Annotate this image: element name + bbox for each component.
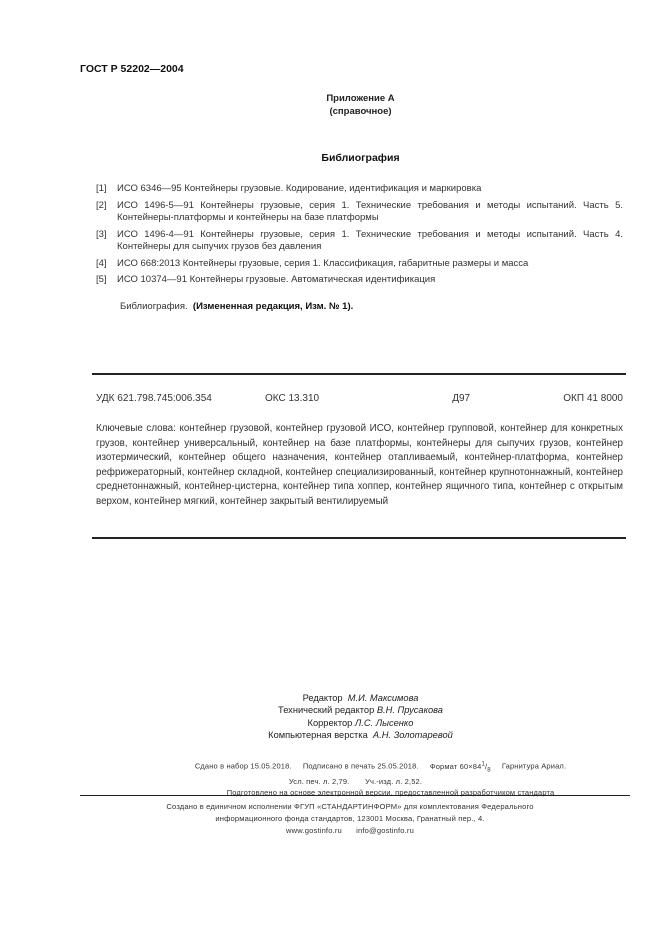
bibliography-item: [3] ИСО 1496-4—91 Контейнеры грузовые, с…: [96, 229, 623, 254]
bibliography-item-number: [5]: [96, 274, 107, 286]
bibliography-item-text: ИСО 1496-5—91 Контейнеры грузовые, серия…: [117, 200, 623, 223]
credit-role: Технический редактор: [278, 705, 374, 715]
amendment-note-bold: (Измененная редакция, Изм. № 1).: [193, 301, 353, 312]
okp-code: ОКП 41 8000: [563, 393, 623, 404]
email-link[interactable]: info@gostinfo.ru: [356, 826, 414, 835]
signed-date: Подписано в печать 25.05.2018.: [303, 762, 419, 771]
bibliography-item-text: ИСО 1496-4—91 Контейнеры грузовые, серия…: [117, 229, 623, 252]
divider-middle: [92, 537, 626, 539]
amendment-note-prefix: Библиография.: [120, 301, 188, 312]
credit-role: Редактор: [303, 693, 343, 703]
bibliography-list: [1] ИСО 6346—95 Контейнеры грузовые. Код…: [96, 183, 623, 291]
publication-line-1: Сдано в набор 15.05.2018. Подписано в пе…: [0, 759, 661, 776]
footer-contacts: www.gostinfo.ru info@gostinfo.ru: [0, 825, 661, 837]
credit-name: Л.С. Лысенко: [355, 718, 414, 728]
credit-name: М.И. Максимова: [348, 693, 419, 703]
typeface: Гарнитура Ариал.: [502, 762, 566, 771]
credit-role: Компьютерная верстка: [268, 730, 368, 740]
bibliography-title: Библиография: [0, 152, 661, 164]
credit-tech-editor: Технический редактор В.Н. Прусакова: [0, 704, 661, 716]
bibliography-item: [5] ИСО 10374—91 Контейнеры грузовые. Ав…: [96, 274, 623, 286]
publication-line-3: Подготовлено на основе электронной верси…: [20, 787, 661, 798]
bibliography-item-text: ИСО 668:2013 Контейнеры грузовые, серия …: [117, 258, 528, 269]
keywords-paragraph: Ключевые слова: контейнер грузовой, конт…: [96, 422, 623, 510]
bibliography-item-number: [1]: [96, 183, 107, 195]
bibliography-item-number: [2]: [96, 200, 107, 212]
footer-line-1: Создано в единичном исполнении ФГУП «СТА…: [0, 801, 661, 813]
bibliography-item-text: ИСО 10374—91 Контейнеры грузовые. Автома…: [117, 274, 435, 285]
credits-block: Редактор М.И. Максимова Технический реда…: [0, 692, 661, 742]
website-link[interactable]: www.gostinfo.ru: [286, 826, 342, 835]
credit-corrector: Корректор Л.С. Лысенко: [0, 717, 661, 729]
publisher-sheets: Уч.-изд. л. 2,52.: [365, 777, 422, 786]
bibliography-item-number: [3]: [96, 229, 107, 241]
publication-line-2: Усл. печ. л. 2,79. Уч.-изд. л. 2,52.: [0, 776, 661, 787]
divider-bottom: [80, 795, 630, 796]
bibliography-item: [2] ИСО 1496-5—91 Контейнеры грузовые, с…: [96, 200, 623, 225]
appendix-title: Приложение А: [0, 92, 661, 105]
print-sheets: Усл. печ. л. 2,79.: [289, 777, 350, 786]
bibliography-item: [4] ИСО 668:2013 Контейнеры грузовые, се…: [96, 258, 623, 270]
credit-role: Корректор: [308, 718, 353, 728]
credit-editor: Редактор М.И. Максимова: [0, 692, 661, 704]
credit-layout: Компьютерная верстка А.Н. Золотаревой: [0, 729, 661, 741]
bibliography-item: [1] ИСО 6346—95 Контейнеры грузовые. Код…: [96, 183, 623, 195]
publication-info: Сдано в набор 15.05.2018. Подписано в пе…: [0, 759, 661, 798]
publisher-footer: Создано в единичном исполнении ФГУП «СТА…: [0, 801, 661, 837]
udk-code: УДК 621.798.745:006.354: [96, 393, 212, 404]
format: Формат 60×841/8: [430, 762, 491, 771]
bibliography-amendment-note: Библиография. (Измененная редакция, Изм.…: [120, 301, 353, 312]
bibliography-item-text: ИСО 6346—95 Контейнеры грузовые. Кодиров…: [117, 183, 481, 194]
bibliography-item-number: [4]: [96, 258, 107, 270]
appendix-subtitle: (справочное): [0, 105, 661, 118]
footer-line-2: информационного фонда стандартов, 123001…: [0, 813, 661, 825]
credit-name: В.Н. Прусакова: [377, 705, 443, 715]
group-code: Д97: [452, 393, 470, 404]
typeset-date: Сдано в набор 15.05.2018.: [195, 762, 292, 771]
credit-name: А.Н. Золотаревой: [373, 730, 453, 740]
oks-code: ОКС 13.310: [265, 393, 319, 404]
divider-top: [92, 373, 626, 375]
classification-codes: УДК 621.798.745:006.354 ОКС 13.310 Д97 О…: [96, 393, 623, 404]
standard-header: ГОСТ Р 52202—2004: [80, 63, 184, 75]
